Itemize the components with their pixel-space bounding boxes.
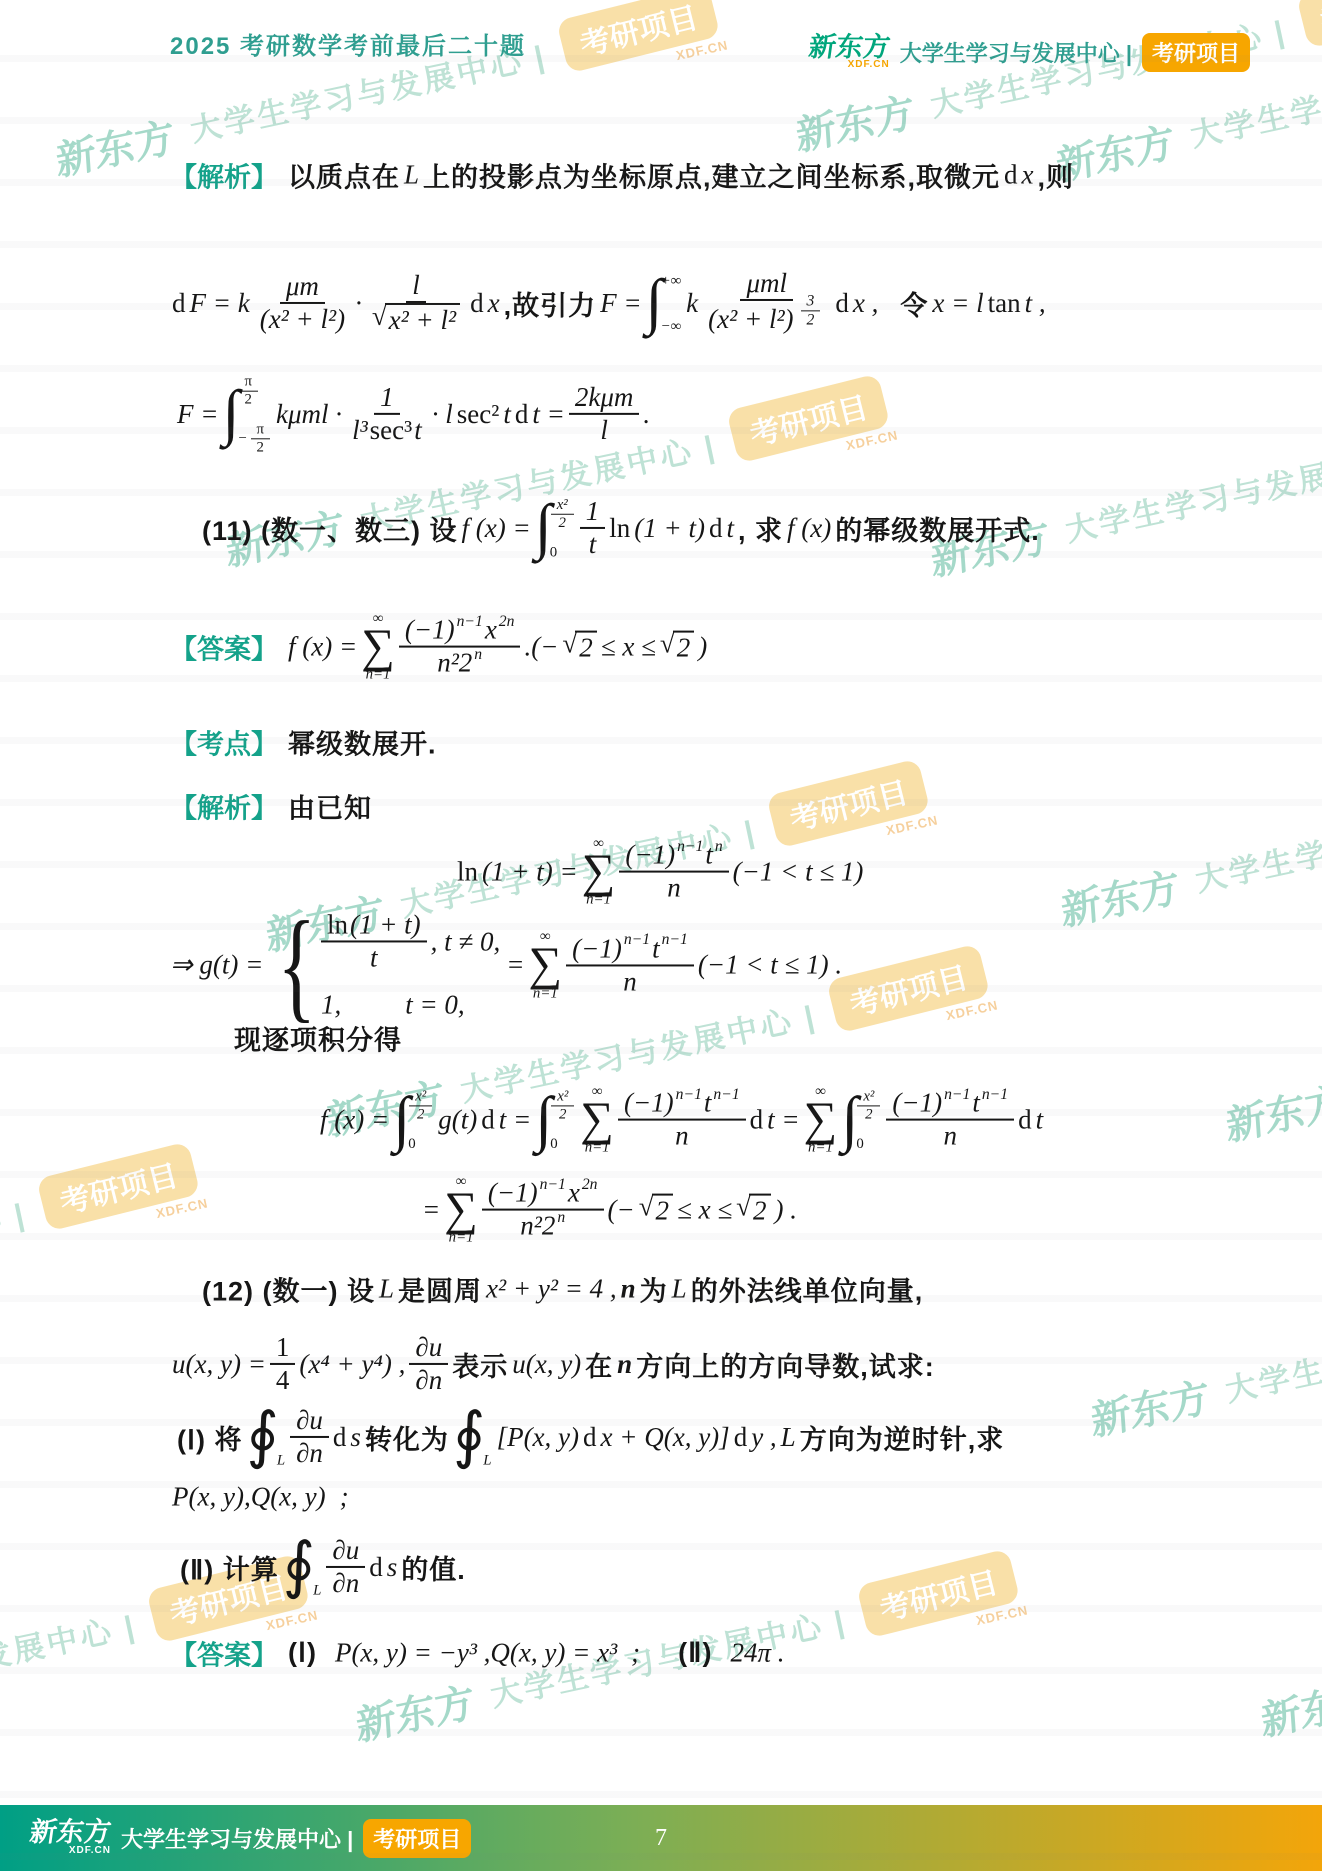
formula-fx-result: =∞∑n=1(−1)n−1x2nn²2n(−√2≤ x ≤√2) . [420, 1174, 799, 1247]
watermark-program-badge: 考研项目 [826, 943, 990, 1033]
watermark-brand-logo: 新东方 [1225, 1085, 1322, 1144]
keypoint-11: 【考点】 幂级数展开. [170, 723, 439, 762]
question-12-part1-body: (Ⅰ) 将∮L∂u∂nds转化为∮L[P(x, y)dx + Q(x, y)]d… [175, 1405, 1006, 1469]
question-12-pq-body: P(x, y),Q(x, y); [170, 1482, 351, 1513]
page-footer: 新东方 XDF.CN 大学生学习与发展中心 | 考研项目 7 [0, 1805, 1322, 1871]
watermark-text: 大学生学习与发展中心 | [1061, 431, 1322, 551]
question-12-line1: (12) (数一) 设L是圆周x² + y² = 4 ,n为L的外法线单位向量, [200, 1270, 925, 1309]
solution-intro-text: 以质点在L上的投影点为坐标原点,建立之间坐标系,取微元dx,则 [286, 156, 1076, 195]
watermark-program-badge: 考研项目 [556, 0, 720, 73]
answer-12-body: (Ⅰ)P(x, y) = −y³ ,Q(x, y) = x³;(Ⅱ)24π . [286, 1638, 786, 1669]
question-12-line1-body: (12) (数一) 设L是圆周x² + y² = 4 ,n为L的外法线单位向量, [200, 1270, 925, 1309]
formula-fx-result-body: =∞∑n=1(−1)n−1x2nn²2n(−√2≤ x ≤√2) . [420, 1174, 799, 1247]
brand-logo: 新东方 XDF.CN 大学生学习与发展中心 | 考研项目 [809, 33, 1250, 72]
keypoint-11-body: 幂级数展开. [286, 723, 439, 762]
watermark-domain: XDF.CN [885, 812, 940, 838]
question-12-line2: u(x, y) =14(x⁴ + y⁴) ,∂u∂n表示u(x, y)在n方向上… [170, 1332, 937, 1396]
keypoint-label: 【考点】 [170, 723, 278, 762]
watermark-brand-logo: 新东方 [1090, 1380, 1210, 1439]
watermark-domain: XDF.CN [945, 997, 1000, 1023]
watermark-text: 大学生学习与发展中心 | [1221, 1291, 1322, 1411]
formula-ln-series: ln(1 + t) =∞∑n=1(−1)n−1tnn(−1 < t ≤ 1) [455, 836, 865, 909]
watermark: 新东方XDF.CN 大学生学习与发展中心 | 考研项目 [1254, 1546, 1322, 1739]
answer-11-body: f (x) =∞∑n=1(−1)n−1x2nn²2n.(−√2≤ x ≤√2) [286, 611, 709, 684]
brand-center-name: 大学生学习与发展中心 | [900, 37, 1132, 68]
integrate-note: 现逐项积分得 [232, 1019, 404, 1058]
watermark-domain: XDF.CN [155, 1195, 210, 1221]
solution-11-intro-body: 由已知 [286, 787, 374, 826]
formula-df-body: dF = kμm(x² + l²)·l√x² + l²dx,故引力F =∫+∞−… [170, 268, 1048, 338]
analysis-label: 【解析】 [170, 787, 278, 826]
question-12-part1: (Ⅰ) 将∮L∂u∂nds转化为∮L[P(x, y)dx + Q(x, y)]d… [175, 1405, 1006, 1469]
watermark: 新东方XDF.CN 大学生学习与发展中心 | 考研项目 [1049, 0, 1322, 184]
watermark-domain: XDF.CN [975, 1602, 1030, 1628]
brand-name: 新东方 [807, 35, 891, 59]
watermark-program-badge: 考研项目 [36, 1141, 200, 1231]
watermark-brand-logo: 新东方 [355, 1685, 475, 1744]
watermark: 新东方XDF.CN 大学生学习与发展中心 | 考研项目 [1084, 1246, 1322, 1439]
program-badge: 考研项目 [1142, 33, 1250, 72]
watermark-program-badge: 考研项目 [726, 373, 890, 463]
question-11-body: (11) (数一、数三) 设f (x) =∫x²201tln(1 + t)dt,… [200, 496, 1042, 560]
watermark: 新东方XDF.CN 大学生学习与发展中心 | 考研项目 [0, 1144, 201, 1337]
watermark-brand-logo: 新东方 [1060, 870, 1180, 929]
answer-12: 【答案】 (Ⅰ)P(x, y) = −y³ ,Q(x, y) = x³;(Ⅱ)2… [170, 1634, 786, 1673]
formula-ln-series-body: ln(1 + t) =∞∑n=1(−1)n−1tnn(−1 < t ≤ 1) [455, 836, 865, 909]
page-number: 7 [0, 1825, 1322, 1852]
formula-fx-chain: f (x) =∫x²20g(t)dt =∫x²20∞∑n=1(−1)n−1tn−… [318, 1084, 1045, 1157]
watermark-text: 大学生学习与发展中心 | [0, 1601, 140, 1721]
question-11: (11) (数一、数三) 设f (x) =∫x²201tln(1 + t)dt,… [200, 496, 1042, 560]
watermark-brand-logo: 新东方 [55, 120, 175, 179]
watermark-domain: XDF.CN [265, 1607, 320, 1633]
formula-force: F =∫π2−π2kμml ·1l³sec³t· lsec²tdt =2kμml… [175, 379, 652, 449]
watermark-text: 大学生学习与发展中心 | [1191, 781, 1322, 901]
watermark-domain: XDF.CN [845, 427, 900, 453]
page-title: 2025 考研数学考前最后二十题 [170, 26, 526, 61]
answer-label: 【答案】 [170, 628, 278, 667]
watermark-brand-logo: 新东方 [795, 95, 915, 154]
question-12-pq: P(x, y),Q(x, y); [170, 1482, 351, 1513]
watermark: 新东方XDF.CN 大学生学习与发展中心 | 考研项目 [1219, 951, 1322, 1144]
answer-11: 【答案】 f (x) =∞∑n=1(−1)n−1x2nn²2n.(−√2≤ x … [170, 611, 709, 684]
question-12-part2: (Ⅱ) 计算∮L∂u∂nds的值. [178, 1535, 468, 1599]
formula-g-cases: ⇒ g(t) ={ln(1 + t)t, t ≠ 0,1,t = 0,=∞∑n=… [168, 909, 844, 1020]
watermark-text: 大学生学习与发展中心 | [0, 1189, 30, 1309]
watermark-program-badge: 考研项目 [1296, 0, 1322, 48]
solution-intro-line: 【解析】 以质点在L上的投影点为坐标原点,建立之间坐标系,取微元dx,则 [170, 156, 1076, 195]
watermark-program-badge: 考研项目 [856, 1548, 1020, 1638]
analysis-label: 【解析】 [170, 156, 278, 195]
question-12-part2-body: (Ⅱ) 计算∮L∂u∂nds的值. [178, 1535, 468, 1599]
formula-g-cases-body: ⇒ g(t) ={ln(1 + t)t, t ≠ 0,1,t = 0,=∞∑n=… [168, 909, 844, 1020]
watermark: 新东方XDF.CN 大学生学习与发展中心 | 考研项目 [1054, 736, 1322, 929]
brand-mark: 新东方 XDF.CN [809, 35, 890, 70]
answer-label: 【答案】 [170, 1634, 278, 1673]
watermark-brand-logo: 新东方 [1260, 1680, 1322, 1739]
formula-force-body: F =∫π2−π2kμml ·1l³sec³t· lsec²tdt =2kμml… [175, 379, 652, 449]
watermark-domain: XDF.CN [675, 37, 730, 63]
document-page: 新东方XDF.CN 大学生学习与发展中心 | 考研项目 新东方XDF.CN 大学… [0, 0, 1322, 1871]
formula-fx-chain-body: f (x) =∫x²20g(t)dt =∫x²20∞∑n=1(−1)n−1tn−… [318, 1084, 1045, 1157]
formula-df: dF = kμm(x² + l²)·l√x² + l²dx,故引力F =∫+∞−… [170, 268, 1048, 338]
integrate-note-body: 现逐项积分得 [232, 1019, 404, 1058]
watermark: 新东方XDF.CN 大学生学习与发展中心 | 考研项目 [789, 0, 1322, 154]
question-12-line2-body: u(x, y) =14(x⁴ + y⁴) ,∂u∂n表示u(x, y)在n方向上… [170, 1332, 937, 1396]
solution-11-intro: 【解析】 由已知 [170, 787, 374, 826]
